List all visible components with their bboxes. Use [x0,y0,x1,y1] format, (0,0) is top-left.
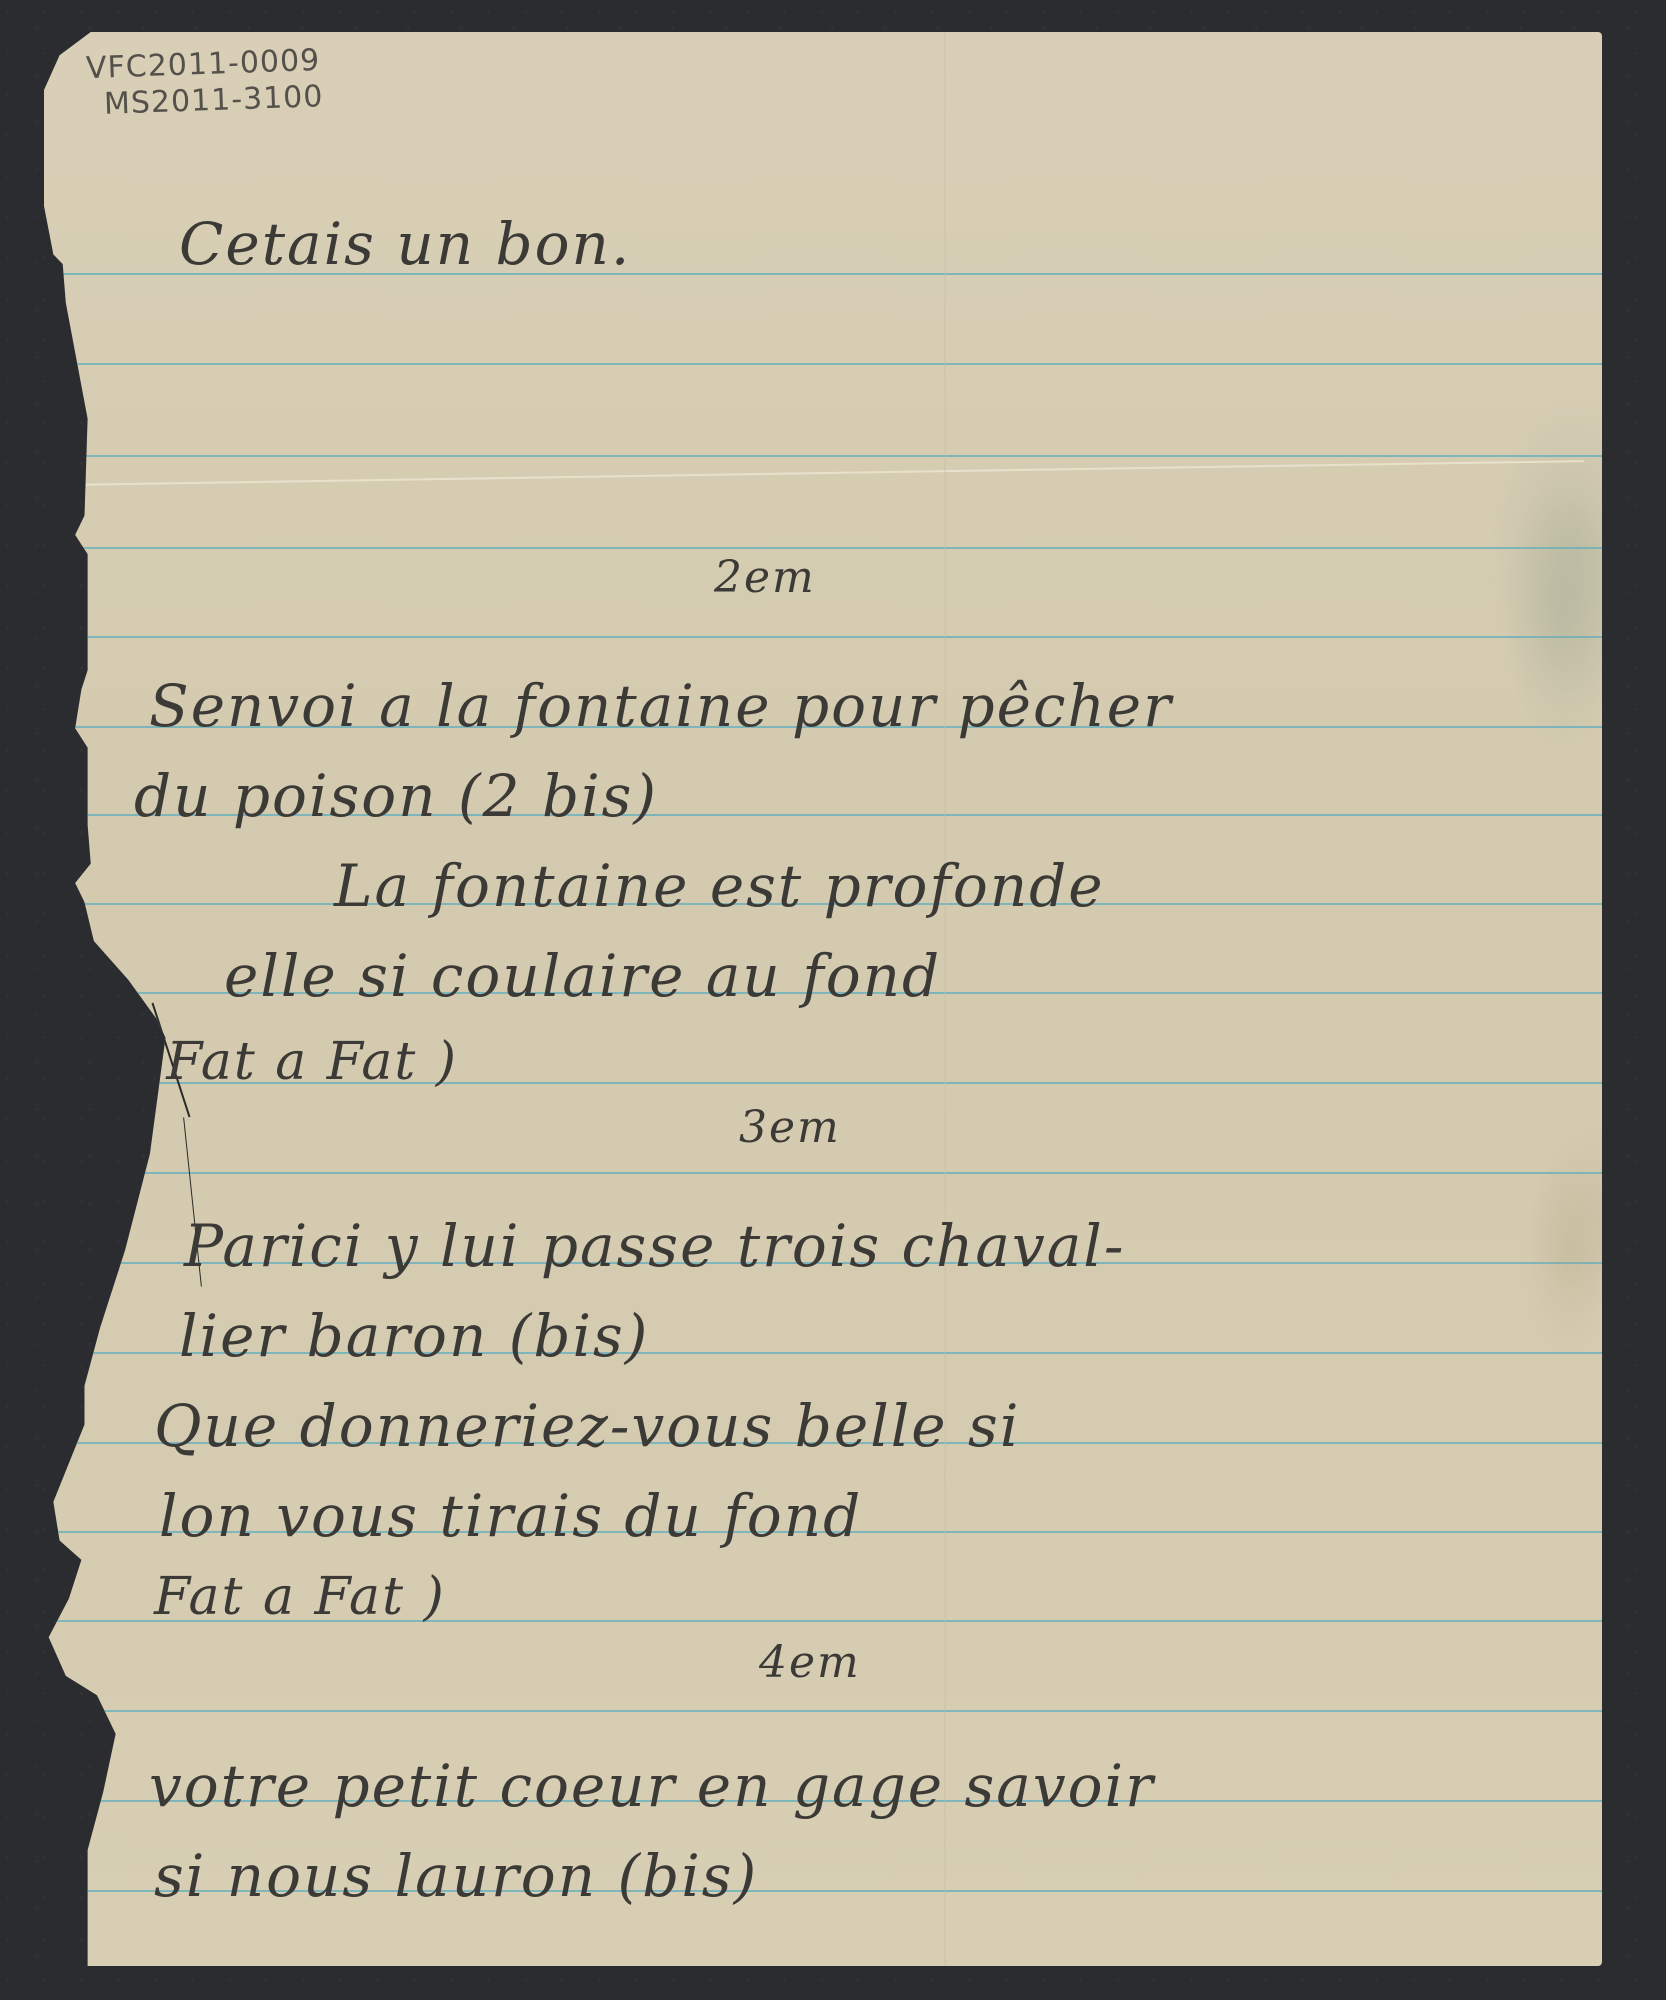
verse-2-heading: 2em [714,552,816,603]
paper-crease [64,460,1584,486]
verse-3-line-2: lier baron (bis) [179,1302,649,1370]
verse-3-heading: 3em [739,1102,841,1153]
water-stain [1524,1152,1614,1352]
ruled-line [44,1172,1602,1174]
ruled-line [44,636,1602,638]
verse-2-line-5: (Fat a Fat ) [144,1032,458,1092]
verse-4-heading: 4em [759,1637,861,1688]
ruled-line [44,363,1602,365]
verse-3-line-1: Parici y lui passe trois chaval- [184,1212,1125,1280]
verse-2-line-2: du poison (2 bis) [134,762,658,830]
ruled-line [44,1710,1602,1712]
ruled-line [44,547,1602,549]
verse-3-line-4: lon vous tirais du fond [159,1482,862,1550]
verse-2-line-3: La fontaine est profonde [334,852,1105,920]
paper-fold [944,32,946,1966]
verse-1-line-1: Cetais un bon. [179,210,631,278]
verse-4-line-2: si nous lauron (bis) [154,1842,758,1910]
verse-2-line-1: Senvoi a la fontaine pour pêcher [149,672,1173,740]
verse-2-line-4: elle si coulaire au fond [224,942,941,1010]
verse-3-line-3: Que donneriez-vous belle si [154,1392,1020,1460]
manuscript-page: VFC2011-0009 MS2011-3100 Cetais un bon. … [44,32,1602,1966]
archive-id-ms: MS2011-3100 [103,78,324,124]
verse-3-line-5: Fat a Fat ) [154,1567,446,1627]
verse-4-line-1: votre petit coeur en gage savoir [149,1752,1155,1820]
ruled-line [44,455,1602,457]
